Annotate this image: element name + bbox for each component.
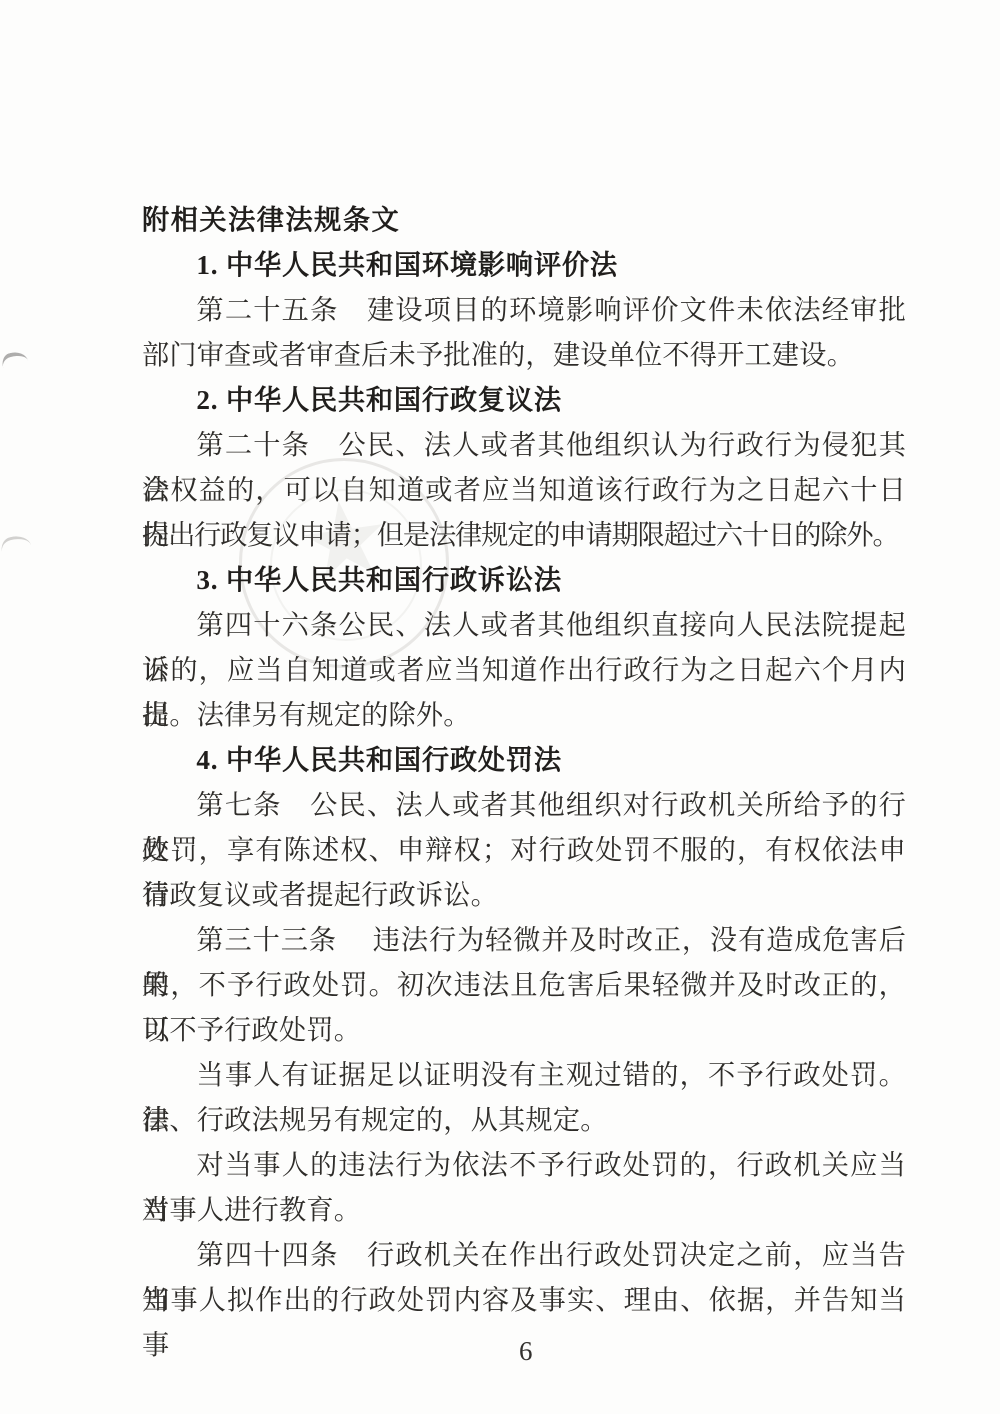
doc-body-line: 第二十五条 建设项目的环境影响评价文件未依法经审批 xyxy=(142,288,906,333)
doc-body-line: 律、行政法规另有规定的，从其规定。 xyxy=(142,1098,906,1143)
doc-body-line: 第七条 公民、法人或者其他组织对行政机关所给予的行政 xyxy=(142,783,906,828)
doc-body-line: 提出行政复议申请；但是法律规定的申请期限超过六十日的除外。 xyxy=(142,513,906,558)
doc-body-line: 当事人有证据足以证明没有主观过错的，不予行政处罚。法 xyxy=(142,1053,906,1098)
doc-heading-line: 4. 中华人民共和国行政处罚法 xyxy=(142,738,906,783)
doc-body-line: 行政复议或者提起行政诉讼。 xyxy=(142,873,906,918)
scan-smudge-mark xyxy=(0,533,33,561)
document-text-block: 附相关法律法规条文1. 中华人民共和国环境影响评价法第二十五条 建设项目的环境影… xyxy=(142,198,906,1323)
page-number: 6 xyxy=(519,1334,533,1368)
doc-body-line: 出。法律另有规定的除外。 xyxy=(142,693,906,738)
doc-body-line: 处罚，享有陈述权、申辩权；对行政处罚不服的，有权依法申请 xyxy=(142,828,906,873)
doc-body-line: 第三十三条 违法行为轻微并及时改正，没有造成危害后果 xyxy=(142,918,906,963)
doc-heading-line: 1. 中华人民共和国环境影响评价法 xyxy=(142,243,906,288)
doc-heading-line: 3. 中华人民共和国行政诉讼法 xyxy=(142,558,906,603)
doc-body-line: 第四十六条公民、法人或者其他组织直接向人民法院提起诉 xyxy=(142,603,906,648)
doc-title-line: 附相关法律法规条文 xyxy=(142,198,906,243)
document-page: ★ 附相关法律法规条文1. 中华人民共和国环境影响评价法第二十五条 建设项目的环… xyxy=(0,0,1000,1414)
doc-body-line: 以不予行政处罚。 xyxy=(142,1008,906,1053)
doc-body-line: 对当事人的违法行为依法不予行政处罚的，行政机关应当对 xyxy=(142,1143,906,1188)
doc-body-line: 第二十条 公民、法人或者其他组织认为行政行为侵犯其合 xyxy=(142,423,906,468)
doc-heading-line: 2. 中华人民共和国行政复议法 xyxy=(142,378,906,423)
doc-body-line: 部门审查或者审查后未予批准的，建设单位不得开工建设。 xyxy=(142,333,906,378)
scan-smudge-mark xyxy=(0,349,30,375)
doc-body-line: 第四十四条 行政机关在作出行政处罚决定之前，应当告知 xyxy=(142,1233,906,1278)
doc-body-line: 法权益的，可以自知道或者应当知道该行政行为之日起六十日内 xyxy=(142,468,906,513)
doc-body-line: 当事人拟作出的行政处罚内容及事实、理由、依据，并告知当事 xyxy=(142,1278,906,1323)
doc-body-line: 讼的，应当自知道或者应当知道作出行政行为之日起六个月内提 xyxy=(142,648,906,693)
doc-body-line: 的，不予行政处罚。初次违法且危害后果轻微并及时改正的，可 xyxy=(142,963,906,1008)
doc-body-line: 当事人进行教育。 xyxy=(142,1188,906,1233)
